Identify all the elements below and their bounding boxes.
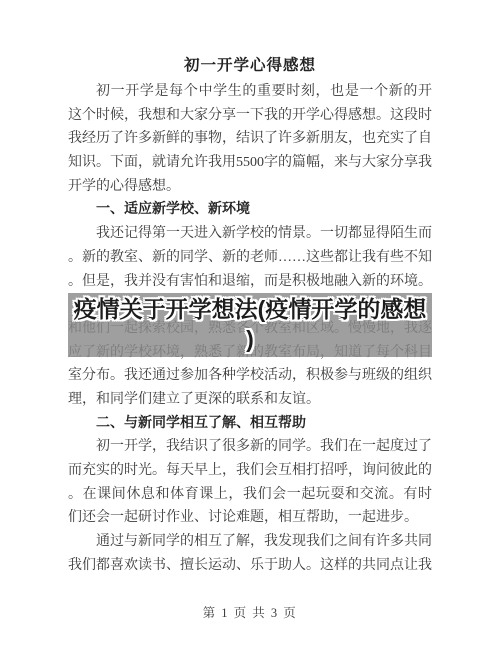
- text-line: 这个时候，我想和大家分享一下我的开学心得感想。这段时间，: [68, 104, 432, 128]
- text-line: 室分布。我还通过参加各种学校活动，积极参与班级的组织和管: [68, 364, 432, 388]
- page-footer: 第 1 页 共 3 页: [0, 603, 500, 621]
- section-heading: 一、适应新学校、新环境: [68, 198, 432, 222]
- text-line: 通过与新同学的相互了解，我发现我们之间有许多共同点。: [68, 530, 432, 554]
- text-line: 。在课间休息和体育课上，我们会一起玩耍和交流。有时候，我: [68, 483, 432, 507]
- text-line: 初一开学，我结识了很多新的同学。我们在一起度过了快乐: [68, 435, 432, 459]
- text-line: 我经历了许多新鲜的事物，结识了许多新朋友，也充实了自己的: [68, 127, 432, 151]
- text-line: 初一开学是每个中学生的重要时刻，也是一个新的开始。在: [68, 80, 432, 104]
- watermark-title-line1: 疫情关于开学想法(疫情开学的感想: [68, 294, 432, 324]
- text-line: 理，和同学们建立了更深的联系和友谊。: [68, 388, 432, 412]
- section-heading: 二、与新同学相互了解、相互帮助: [68, 412, 432, 436]
- text-line: 我还记得第一天进入新学校的情景。一切都显得陌生而新鲜: [68, 222, 432, 246]
- text-line: 知识。下面，就请允许我用5500字的篇幅，来与大家分享我初一: [68, 151, 432, 175]
- text-line: 而充实的时光。每天早上，我们会互相打招呼，询问彼此的近况: [68, 459, 432, 483]
- watermark-title-line2: ): [68, 324, 432, 354]
- text-line: 。但是，我并没有害怕和退缩，而是积极地融入新的环境。: [68, 270, 432, 294]
- text-line: 我们都喜欢读书、擅长运动、乐于助人。这样的共同点让我们更: [68, 554, 432, 578]
- watermark-banner: 疫情关于开学想法(疫情开学的感想 ): [68, 293, 432, 357]
- document-page: 初一开学心得感想 初一开学是每个中学生的重要时刻，也是一个新的开始。在这个时候，…: [0, 0, 500, 647]
- text-line: 。新的教室、新的同学、新的老师……这些都让我有些不知所措: [68, 246, 432, 270]
- text-line: 们还会一起研讨作业、讨论难题，相互帮助，一起进步。: [68, 506, 432, 530]
- text-line: 开学的心得感想。: [68, 175, 432, 199]
- document-title: 初一开学心得感想: [0, 53, 500, 75]
